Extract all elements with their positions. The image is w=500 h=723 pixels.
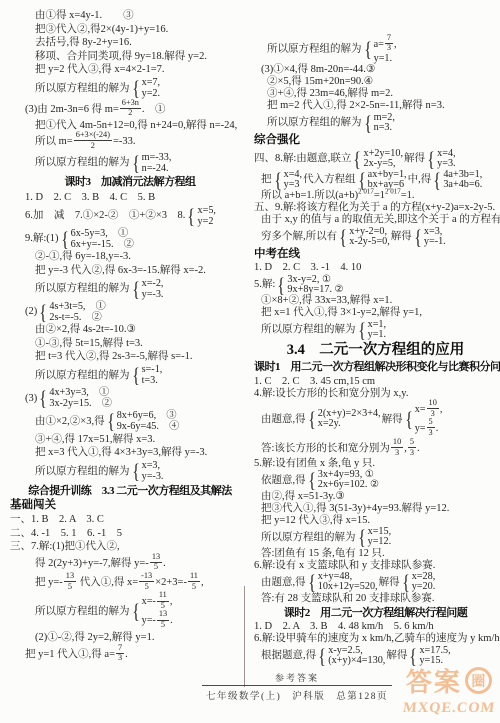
text-run: 9x-6y=45. ④ xyxy=(117,421,180,432)
watermark-logo-text: 答案 xyxy=(406,662,462,699)
equation-system: {x=15,y=12. xyxy=(357,527,392,547)
answer-line: 5.解:{3x-y=2, ①9x+8y=17. ② xyxy=(254,274,497,295)
text-run: 6x-5y=3, ① xyxy=(71,228,129,239)
left-brace: { xyxy=(274,170,282,190)
left-brace: { xyxy=(107,411,115,431)
subsection-heading: 中考在线 xyxy=(254,248,497,261)
left-brace: { xyxy=(188,206,196,226)
text-run: x=-2, xyxy=(142,278,164,289)
answer-line: 得 2(2y+3)+y=-7,解得 y=-135. xyxy=(10,554,250,573)
equation-row: y=53. xyxy=(415,419,443,438)
answer-line: ①-③,得 5t=15,解得 t=3. xyxy=(10,337,250,351)
equation-row: x=-115, xyxy=(142,592,173,611)
answer-line: 答:该长方形的长和宽分别为103,53. xyxy=(254,439,497,458)
answer-line: 所以 a+b=1.所以(a+b)2 017=12 017=1. xyxy=(254,190,497,202)
text-run: 所以原方程组的解为 xyxy=(35,370,130,381)
watermark-logo: 答案圈 xyxy=(403,662,495,699)
answer-line: 所以原方程组的解为{x=-115,y=-135. xyxy=(10,592,250,631)
text-run: 4x+3y=3, ① xyxy=(49,387,109,398)
answers-right-column: 所以原方程组的解为{a=73,y=1.(3)①×4,得 8m-20n=-44.③… xyxy=(254,0,497,666)
answer-line: 把 y=2 代入③,得 x=4×2-1=7. xyxy=(10,63,250,77)
equation-rows: x=-115,y=-135. xyxy=(142,592,173,630)
equation-rows: m=2,n=3. xyxy=(374,113,395,133)
equation-rows: x=4,y=3. xyxy=(437,149,455,169)
equation-row: x=2y. xyxy=(318,419,381,429)
text-run: 解得 xyxy=(382,414,403,425)
text-run: 所以原方程组的解为 xyxy=(35,466,130,477)
equation-rows: x-y=2.5,(x+y)×4=130, xyxy=(328,646,385,666)
text-run: 6.解:设有 x 支篮球队和 y 支排球队参赛. xyxy=(254,560,435,571)
left-brace: { xyxy=(318,646,326,666)
answer-line: 把 y=-3 代入②,得 6x-3=-15.解得 x=-2. xyxy=(10,264,250,278)
left-brace: { xyxy=(405,409,413,429)
equation-rows: x+y=48,10x+12y=520, xyxy=(318,572,378,592)
text-run: 综合强化 xyxy=(254,134,300,146)
answer-line: 1. D 2. A 3. B 4. 48 km/h 5. 6 km/h xyxy=(254,621,497,633)
text-run: 五、9.解:将该方程化为关于 a 的方程(x+y-2)a=x-2y-5. xyxy=(254,202,495,213)
equation-row: y=2 xyxy=(197,216,215,227)
equation-row: 4x+3y=3, ① xyxy=(49,387,112,398)
text-run: (3) xyxy=(25,393,37,404)
text-run: 把 x=3 代入①,得 4×3+3y=3,解得 y=-3. xyxy=(35,447,207,458)
equation-rows: x=3,y=-3. xyxy=(142,460,164,482)
text-run: . ① xyxy=(142,103,166,114)
answer-line: 所以原方程组的解为{a=73,y=1. xyxy=(254,34,497,64)
answer-line: 5.解:设有团鱼 x 条,龟 y 只. xyxy=(254,458,497,470)
fraction-numerator: -13 xyxy=(139,572,154,582)
equation-system: {x=-115,y=-135. xyxy=(131,592,173,630)
answer-line: 1. D 2. C 3. -1 4. 10 xyxy=(254,262,497,274)
text-run: y= xyxy=(415,423,426,434)
text-run: 三、7.解:(1)把①代入②, xyxy=(10,541,120,552)
fraction-denominator: 3 xyxy=(391,448,403,457)
answer-line: 把 m=2 代入①,得 2×2-5n=-11,解得 n=3. xyxy=(254,100,497,112)
answer-line: 移项、合并同类项,得 9y=18.解得 y=2. xyxy=(10,50,250,64)
left-brace: { xyxy=(339,227,347,247)
fraction: 6+3n2 xyxy=(120,99,141,118)
text-run: 把 xyxy=(261,174,272,185)
equation-system: {3x-y=2, ①9x+8y=17. ② xyxy=(276,275,343,295)
equation-row: y=1. xyxy=(368,330,386,340)
equation-row: y=2. xyxy=(142,88,160,99)
equation-system: {4a+3b=1,3a+4b=6. xyxy=(432,170,482,190)
text-run: 把 x=1 代入①,得 3×1-y=2,解得 y=1, xyxy=(261,307,422,318)
text-run: . xyxy=(125,649,128,660)
watermark-circle-icon: 圈 xyxy=(465,667,492,694)
equation-row: m=-33, xyxy=(142,152,172,163)
fraction: 135 xyxy=(157,610,169,629)
answer-line: 所以原方程组的解为{s=-1,t=3. xyxy=(10,364,250,387)
left-brace: { xyxy=(132,601,140,621)
equation-rows: 6x-5y=3, ①6x+y=-15. ② xyxy=(71,228,134,250)
text-run: 答:团鱼有 15 条,龟有 12 只. xyxy=(261,548,385,559)
text-run: 课时3 加减消元法解方程组 xyxy=(65,176,196,188)
equation-rows: x+2y=10,2x-y=5, xyxy=(364,149,404,169)
answer-line: (3)由 2m-3n=6 得 m=6+3n2. ① xyxy=(10,100,250,119)
text-run: 所以原方程组的解为 xyxy=(261,532,356,543)
text-run: ③+④,得 23m=46,解得 m=2. xyxy=(267,88,393,99)
text-run: x=5, xyxy=(197,205,215,216)
equation-system: {x=1,y=1. xyxy=(357,320,387,340)
text-run: 所以 m= xyxy=(35,136,73,147)
fraction: 135 xyxy=(150,553,162,572)
answer-line: 由②,得 x=51-3y.③ xyxy=(254,491,497,503)
answer-line: 1. D 2. C 3. B 4. C 5. B xyxy=(10,191,250,205)
text-run: 由题意,得 xyxy=(261,577,306,588)
text-run: 把③代入①,得 3(51-3y)+4y=93.解得 y=12. xyxy=(261,503,449,514)
text-run: . xyxy=(163,558,166,569)
equation-rows: 3x+4y=93, ①2x+6y=102. ② xyxy=(318,470,379,490)
equation-row: x=7, xyxy=(142,77,160,88)
fraction-numerator: 11 xyxy=(188,572,200,582)
equation-row: y=-3. xyxy=(142,471,164,482)
answer-line: 6.解:设有 x 支篮球队和 y 支排球队参赛. xyxy=(254,560,497,572)
equation-system: {m=-33,n=-24. xyxy=(131,152,172,174)
fraction-denominator: 5 xyxy=(139,582,154,591)
text-run: (2) xyxy=(25,306,37,317)
left-brace: { xyxy=(414,227,422,247)
text-run: 代入①,得 x= xyxy=(77,577,138,588)
answer-line: 三、7.解:(1)把①代入②, xyxy=(10,540,250,554)
text-run: x=3, xyxy=(142,460,160,471)
answer-line: ①×8+②,得 33x=33,解得 x=1. xyxy=(254,295,497,307)
answer-line: 所以原方程组的解为{m=-33,n=-24. xyxy=(10,151,250,174)
text-run: ①-③,得 5t=15,解得 t=3. xyxy=(35,338,143,349)
fraction-denominator: 5 xyxy=(64,582,76,591)
text-run: =1 xyxy=(374,190,385,201)
text-run: 答:该长方形的长和宽分别为 xyxy=(261,443,390,454)
equation-system: {x=7,y=2. xyxy=(131,77,161,99)
text-run: 依题意,得 xyxy=(261,475,306,486)
answer-line: 由①×2,②×3,得{8x+6y=6, ③9x-6y=45. ④ xyxy=(10,410,250,433)
text-run: 中,得 xyxy=(408,174,432,185)
text-run: (3)①×4,得 8m-20n=-44.③ xyxy=(261,64,375,75)
left-brace: { xyxy=(61,229,69,249)
answer-line: 所以原方程组的解为{x=3,y=-3. xyxy=(10,460,250,483)
equation-system: {4x+3y=3, ①3x-2y=15. ② xyxy=(38,387,112,409)
equation-rows: x=4,y=3 xyxy=(284,170,302,190)
equation-row: n=-24. xyxy=(142,163,172,174)
fraction-numerator: 6+3×(-24) xyxy=(74,131,112,141)
answer-line: ②×5,得 15m+20n=90.④ xyxy=(254,76,497,88)
equation-system: {x=4,y=3 xyxy=(273,170,303,190)
text-run: . xyxy=(436,423,439,434)
answer-line: 把③代入①,得 3(51-3y)+4y=93.解得 y=12. xyxy=(254,503,497,515)
text-run: 课时2 用二元一次方程组解决行程问题 xyxy=(284,607,468,619)
equation-system: {x=-2,y=-3. xyxy=(131,278,164,300)
text-run: m=-33, xyxy=(142,152,172,163)
text-run: 6.加 减 7.①×2-② ①+②×3 8. xyxy=(25,210,185,221)
fraction-numerator: 6+3n xyxy=(120,99,141,109)
equation-rows: 2(x+y)=2×3+4,x=2y. xyxy=(318,409,381,429)
text-run: y=3 xyxy=(284,179,300,190)
answer-line: 去括号,得 8y-2+y=16. xyxy=(10,36,250,50)
equation-row: t=3. xyxy=(142,375,163,386)
equation-system: {2(x+y)=2×3+4,x=2y. xyxy=(307,409,381,429)
fraction: 73 xyxy=(385,34,393,53)
text-run: 二、4. -1 5. 1 6. -1 5 xyxy=(10,528,122,539)
answer-line: 一、1. B 2. A 3. C xyxy=(10,513,250,527)
equation-system: {ax+by=1,bx+ay=6 xyxy=(357,170,407,190)
answer-line: 把 y=1 代入①,得 a=73. xyxy=(10,645,250,664)
equation-rows: x=5,y=2 xyxy=(197,205,215,227)
superscript: 2 017 xyxy=(385,188,401,196)
left-brace: { xyxy=(402,572,410,592)
text-run: y=- xyxy=(142,615,156,626)
answer-line: 由于 x,y 的值与 a 的取值无关,即这个关于 a 的方程有无 xyxy=(254,214,497,226)
fraction-denominator: 3 xyxy=(116,654,124,663)
answer-line: 五、9.解:将该方程化为关于 a 的方程(x+y-2)a=x-2y-5. xyxy=(254,202,497,214)
text-run: 所以原方程组的解为 xyxy=(35,157,130,168)
text-run: 9.解:(1) xyxy=(25,233,59,244)
text-run: 10x+12y=520, xyxy=(318,581,378,592)
fraction-numerator: 5 xyxy=(408,438,416,448)
text-run: ①×8+②,得 33x=33,解得 x=1. xyxy=(261,295,392,306)
text-run: 2x+6y=102. ② xyxy=(318,479,379,490)
text-run: 1. C 2. C 3. 45 cm,15 cm xyxy=(254,376,375,387)
text-run: 课时1 用二元一次方程组解决形积变化与比赛积分问题 xyxy=(254,361,500,373)
equation-row: 6x+y=-15. ② xyxy=(71,239,134,250)
equation-rows: a=73,y=1. xyxy=(374,35,397,64)
text-run: , xyxy=(404,443,407,454)
text-run: 中考在线 xyxy=(254,248,300,260)
text-run: 解得 xyxy=(386,650,407,661)
left-brace: { xyxy=(308,409,316,429)
text-run: 4.解:设长方形的长和宽分别为 x,y. xyxy=(254,388,409,399)
answer-line: 把 x=1 代入①,得 3×1-y=2,解得 y=1, xyxy=(254,307,497,319)
equation-row: 4s+3t=5, ① xyxy=(49,301,106,312)
answer-line: 4.解:设长方形的长和宽分别为 x,y. xyxy=(254,388,497,400)
equation-system: {x=3,y=-3. xyxy=(131,460,164,482)
equation-system: {8x+6y=6, ③9x-6y=45. ④ xyxy=(106,410,180,432)
fraction-numerator: 11 xyxy=(157,591,169,601)
section-heading: 课时2 用二元一次方程组解决行程问题 xyxy=(254,607,497,620)
text-run: x= xyxy=(415,404,426,415)
fraction-denominator: 2 xyxy=(120,109,141,118)
text-run: y=1. xyxy=(368,329,386,340)
text-run: (2)①-②,得 2y=2,解得 y=1. xyxy=(35,632,154,643)
text-run: 综合提升训练 3.3 二元一次方程组及其解法 xyxy=(28,485,232,497)
text-run: 6x+y=-15. ② xyxy=(71,239,134,250)
equation-rows: ax+by=1,bx+ay=6 xyxy=(368,170,407,190)
watermark-site-text: MXQE.COM xyxy=(402,700,496,717)
answer-line: 由②×2,得 4s-2t=-10.③ xyxy=(10,323,250,337)
text-run: 9x+8y=17. ② xyxy=(287,284,343,295)
text-run: ②×5,得 15m+20n=90.④ xyxy=(267,76,373,87)
text-run: y=-3. xyxy=(142,471,164,482)
equation-system: {6x-5y=3, ①6x+y=-15. ② xyxy=(60,228,134,250)
fraction: 73 xyxy=(116,644,124,663)
text-run: 由②×2,得 4s-2t=-10.③ xyxy=(35,324,136,335)
equation-system: {x-y=2.5,(x+y)×4=130, xyxy=(317,646,385,666)
equation-row: x-2y-5=0, xyxy=(349,237,390,247)
equation-rows: x=15,y=12. xyxy=(368,527,392,547)
fraction-numerator: 7 xyxy=(385,34,393,44)
fraction: 135 xyxy=(64,572,76,591)
equation-rows: s=-1,t=3. xyxy=(142,364,163,386)
text-run: y=12. xyxy=(368,536,392,547)
left-brace: { xyxy=(40,388,48,408)
fraction-numerator: 13 xyxy=(64,572,76,582)
answers-left-column: 由①得 x=4y-1. ③把③代入②,得2×(4y-1)+y=16.去括号,得 … xyxy=(10,0,250,664)
answer-line: 四、8.解:由题意,联立{x+2y=10,2x-y=5,解得{x=4,y=3. xyxy=(254,148,497,169)
text-run: 把③代入②,得2×(4y-1)+y=16. xyxy=(35,24,168,35)
answer-line: 所以原方程组的解为{x=15,y=12. xyxy=(254,527,497,548)
left-brace: { xyxy=(358,527,366,547)
answer-line: 所以原方程组的解为{m=2,n=3. xyxy=(254,112,497,133)
text-run: 所以原方程组的解为 xyxy=(267,117,362,128)
text-run: 所以原方程组的解为 xyxy=(35,82,130,93)
equation-row: y=3 xyxy=(284,180,302,190)
text-run: 8x+6y=6, ③ xyxy=(117,410,177,421)
fraction: 6+3×(-24)2 xyxy=(74,131,112,150)
text-run: 得 2(2y+3)+y=-7,解得 y=- xyxy=(35,558,149,569)
text-run: 所以原方程组的解为 xyxy=(35,283,130,294)
text-run: 所以原方程组的解为 xyxy=(267,43,362,54)
fraction-numerator: 13 xyxy=(157,610,169,620)
text-run: , xyxy=(440,404,443,415)
text-run: . xyxy=(170,615,173,626)
equation-system: {x+2y=10,2x-y=5, xyxy=(352,149,403,169)
text-run: 4s+3t=5, ① xyxy=(49,301,106,312)
text-run: 所以 a+b=1.所以(a+b) xyxy=(261,190,358,201)
fraction-numerator: 10 xyxy=(391,438,403,448)
text-run: 所以原方程组的解为 xyxy=(35,606,130,617)
equation-rows: x=7,y=2. xyxy=(142,77,160,99)
left-brace: { xyxy=(433,170,441,190)
text-run: =-33. xyxy=(113,136,136,147)
left-brace: { xyxy=(132,279,140,299)
section-heading: 综合提升训练 3.3 二元一次方程组及其解法 xyxy=(10,485,250,498)
text-run: t=3. xyxy=(142,375,158,386)
answer-line: 所以原方程组的解为{x=7,y=2. xyxy=(10,77,250,100)
text-run: ×2+3=- xyxy=(155,577,187,588)
equation-row: s=-1, xyxy=(142,364,163,375)
equation-row: x=3, xyxy=(142,460,164,471)
fraction: 115 xyxy=(157,591,169,610)
text-run: 解得 xyxy=(404,153,425,164)
left-brace: { xyxy=(308,470,316,490)
equation-row: 9x-6y=45. ④ xyxy=(117,421,180,432)
answer-line: 把 y=12 代入③,得 x=15. xyxy=(254,515,497,527)
text-run: 6.解:设甲骑车的速度为 x km/h,乙骑车的速度为 y km/h. xyxy=(254,633,500,644)
text-run: 由②,得 x=51-3y.③ xyxy=(261,491,345,502)
left-brace: { xyxy=(132,78,140,98)
fraction-denominator: 3 xyxy=(427,428,435,437)
text-run: x-2y-5=0, xyxy=(349,236,390,247)
left-brace: { xyxy=(132,461,140,481)
text-run: 由①×2,②×3,得 xyxy=(35,416,105,427)
text-run: 1. D 2. C 3. -1 4. 10 xyxy=(254,262,361,273)
answer-line: (3){4x+3y=3, ①3x-2y=15. ② xyxy=(10,387,250,410)
equation-row: y=1. xyxy=(374,54,397,64)
text-run: 四、8.解:由题意,联立 xyxy=(254,153,351,164)
answer-line: (3)①×4,得 8m-20n=-44.③ xyxy=(254,64,497,76)
text-run: y=-1. xyxy=(424,236,446,247)
equation-system: {3x+4y=93, ①2x+6y=102. ② xyxy=(307,470,379,490)
equation-system: {x=4,y=3. xyxy=(426,149,456,169)
answer-line: 依题意,得{3x+4y=93, ①2x+6y=102. ② xyxy=(254,470,497,491)
equation-row: a=73, xyxy=(374,35,397,54)
left-brace: { xyxy=(354,149,362,169)
fraction-denominator: 3 xyxy=(408,448,416,457)
equation-row: 3a+4b=6. xyxy=(443,180,482,190)
left-brace: { xyxy=(364,113,372,133)
text-run: 基础闯关 xyxy=(10,499,56,511)
answer-line: (2)①-②,得 2y=2,解得 y=1. xyxy=(10,631,250,645)
equation-rows: 4x+3y=3, ①3x-2y=15. ② xyxy=(49,387,112,409)
equation-row: 2s-t=-5. ② xyxy=(49,312,106,323)
text-run: 3a+4b=6. xyxy=(443,179,482,190)
answer-line: 把 y=-135 代入①,得 x=-135×2+3=-115, xyxy=(10,573,250,592)
text-run: 移项、合并同类项,得 9y=18.解得 y=2. xyxy=(35,51,207,62)
equation-system: {s=-1,t=3. xyxy=(131,364,163,386)
text-run: =1. xyxy=(401,190,415,201)
equation-rows: 4a+3b=1,3a+4b=6. xyxy=(443,170,482,190)
answer-line: (2){4s+3t=5, ①2s-t=-5. ② xyxy=(10,300,250,323)
text-run: 由于 x,y 的值与 a 的取值无关,即这个关于 a 的方程有无 xyxy=(261,214,500,225)
equation-system: {4s+3t=5, ①2s-t=-5. ② xyxy=(38,301,106,323)
equation-rows: x=103,y=53. xyxy=(415,400,443,438)
answer-line: 由题意,得{x+y=48,10x+12y=520,解得{x=28,y=20. xyxy=(254,572,497,593)
text-run: 代入方程组 xyxy=(303,174,356,185)
equation-system: {x+y-2=0,x-2y-5=0, xyxy=(338,227,390,247)
fraction: -135 xyxy=(139,572,154,591)
answer-line: 所以原方程组的解为{x=1,y=1. xyxy=(254,319,497,340)
text-run: y=20. xyxy=(412,581,436,592)
answer-line: 9.解:(1){6x-5y=3, ①6x+y=-15. ② xyxy=(10,227,250,250)
text-run: . xyxy=(417,443,420,454)
fraction-numerator: 13 xyxy=(150,553,162,563)
equation-system: {x+y=48,10x+12y=520, xyxy=(307,572,378,592)
text-run: y=1. xyxy=(374,53,392,64)
answer-line: 把 x=3 代入①,得 4×3+3y=3,解得 y=-3. xyxy=(10,446,250,460)
equation-rows: x=28,y=20. xyxy=(412,572,436,592)
text-run: 答:有 28 支篮球队和 20 支排球队参赛. xyxy=(261,593,435,604)
watermark: 答案圈 MXQE.COM xyxy=(403,662,495,717)
fraction-numerator: 5 xyxy=(427,418,435,428)
text-run: 把 y=- xyxy=(35,577,63,588)
text-run: 由题意,得 xyxy=(261,414,306,425)
text-run: 3.4 二元一次方程组的应用 xyxy=(287,342,465,358)
equation-row: 10x+12y=520, xyxy=(318,582,378,592)
answer-line: 把③代入②,得2×(4y-1)+y=16. xyxy=(10,23,250,37)
answer-line: 由①得 x=4y-1. ③ xyxy=(10,9,250,23)
text-run: ③+④,得 17x=51,解得 x=3. xyxy=(35,434,155,445)
chapter-heading: 3.4 二元一次方程组的应用 xyxy=(254,342,497,359)
equation-system: {x=3,y=-1. xyxy=(413,227,446,247)
fraction-denominator: 2 xyxy=(74,141,112,150)
text-run: (3)由 2m-3n=6 得 m= xyxy=(25,103,119,114)
text-run: , xyxy=(394,38,397,49)
left-brace: { xyxy=(427,149,435,169)
text-run: 一、1. B 2. A 3. C xyxy=(10,514,104,525)
text-run: 把 m=2 代入①,得 2×2-5n=-11,解得 n=3. xyxy=(267,100,445,111)
left-brace: { xyxy=(132,153,140,173)
fraction-denominator: 5 xyxy=(188,582,200,591)
text-run: 把 y=2 代入③,得 x=4×2-1=7. xyxy=(35,64,165,75)
equation-row: y=-1. xyxy=(424,237,446,247)
answer-line: ③+④,得 23m=46,解得 m=2. xyxy=(254,88,497,100)
text-run: y=2 xyxy=(197,216,213,227)
subsection-heading: 基础闯关 xyxy=(10,499,250,512)
text-run: 把①代入 4m-5n+12=0,得 n+24=0,解得 n=-24, xyxy=(35,120,237,131)
text-run: n=-24. xyxy=(142,163,169,174)
answer-line: 所以 m=6+3×(-24)2=-33. xyxy=(10,132,250,151)
equation-row: 8x+6y=6, ③ xyxy=(117,410,180,421)
answer-line: 所以原方程组的解为{x=-2,y=-3. xyxy=(10,277,250,300)
answer-line: 二、4. -1 5. 1 6. -1 5 xyxy=(10,527,250,541)
